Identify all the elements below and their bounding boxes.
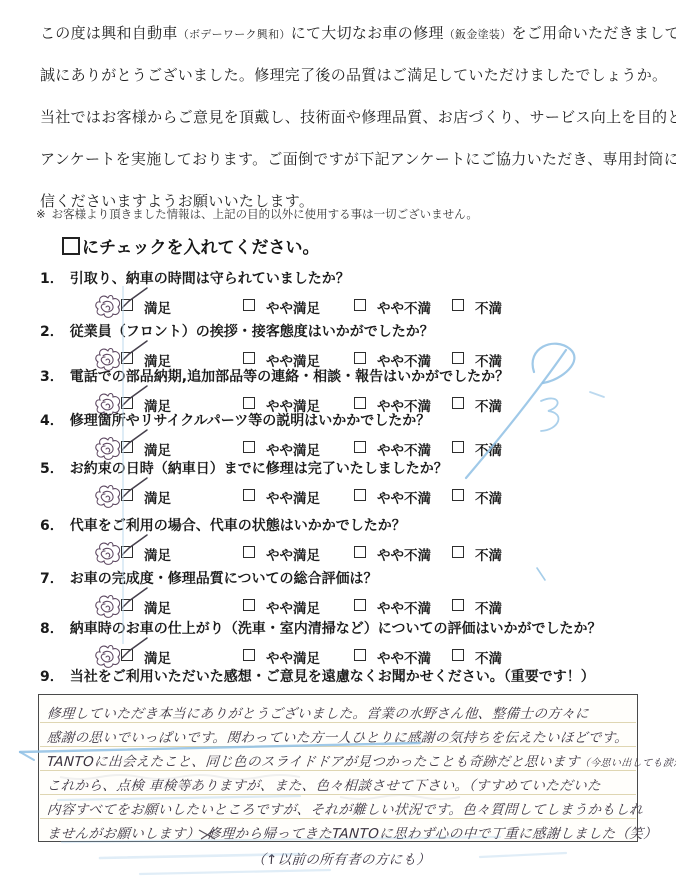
option-checkbox-4[interactable] (452, 599, 464, 611)
option-label: 不満 (475, 297, 502, 317)
question-number: 4． (40, 413, 64, 429)
option-label: やや満足 (266, 647, 320, 667)
option-checkbox-4[interactable] (452, 546, 464, 558)
survey-page: この度は興和自動車（ボデーワーク興和）にて大切なお車の修理（鈑金塗装）をご用命い… (0, 0, 676, 885)
question-9-label: 9．当社をご利用いただいた感想・ご意見を遠慮なくお聞かせください。（重要です！） (40, 666, 595, 686)
option-label: やや不満 (377, 487, 431, 507)
option-checkbox-3[interactable] (354, 397, 366, 409)
intro-line: アンケートを実施しております。ご面倒ですが下記アンケートにご協力いただき、専用封… (40, 138, 640, 180)
option-checkbox-2[interactable] (243, 546, 255, 558)
question-label: 5．お約束の日時（納車日）までに修理は完了いたしましたか？ (40, 458, 448, 478)
privacy-note-text: お客様より頂きました情報は、上記の目的以外に使用する事は一切ございません。 (52, 207, 478, 221)
option-checkbox-2[interactable] (243, 441, 255, 453)
comment-line: 感謝の思いでいっぱいです。関わっていた方一人ひとりに感謝の気持ちを伝えたいほどで… (46, 726, 629, 746)
ruled-line (40, 794, 636, 795)
question-5: 5．お約束の日時（納車日）までに修理は完了いたしましたか？満足やや満足やや不満不… (0, 458, 676, 512)
option-checkbox-4[interactable] (452, 649, 464, 661)
option-label: 満足 (144, 647, 171, 667)
option-label: やや満足 (266, 487, 320, 507)
question-4: 4．修理箇所やリサイクルパーツ等の説明はいかかでしたか？満足やや満足やや不満不満 (0, 410, 676, 464)
option-checkbox-4[interactable] (452, 489, 464, 501)
option-label: 不満 (475, 544, 502, 564)
option-label: やや不満 (377, 297, 431, 317)
privacy-note: ※お客様より頂きました情報は、上記の目的以外に使用する事は一切ございません。 (36, 206, 478, 222)
intro-line: この度は興和自動車（ボデーワーク興和）にて大切なお車の修理（鈑金塗装）をご用命い… (40, 12, 640, 54)
question-1: 1．引取り、納車の時間は守られていましたか？満足やや満足やや不満不満 (0, 268, 676, 322)
option-checkbox-3[interactable] (354, 299, 366, 311)
option-label: 満足 (144, 439, 171, 459)
option-checkbox-2[interactable] (243, 352, 255, 364)
question-label: 1．引取り、納車の時間は守られていましたか？ (40, 268, 350, 288)
option-label: やや不満 (377, 544, 431, 564)
option-checkbox-2[interactable] (243, 599, 255, 611)
option-checkbox-3[interactable] (354, 352, 366, 364)
option-label: やや満足 (266, 439, 320, 459)
option-label: やや満足 (266, 597, 320, 617)
comment-box[interactable]: 修理していただき本当にありがとうございました。営業の水野さん他、整備士の方々に感… (38, 694, 638, 842)
comment-line: これから、点検 車検等ありますが、また、色々相談させて下さい。（すすめていただい… (46, 774, 601, 794)
intro: この度は興和自動車（ボデーワーク興和）にて大切なお車の修理（鈑金塗装）をご用命い… (40, 12, 640, 222)
intro-line: 誠にありがとうございました。修理完了後の品質はご満足していただけましたでしょうか… (40, 54, 640, 96)
option-label: 満足 (144, 487, 171, 507)
option-label: やや不満 (377, 597, 431, 617)
question-label: 4．修理箇所やリサイクルパーツ等の説明はいかかでしたか？ (40, 410, 430, 430)
option-label: 満足 (144, 297, 171, 317)
option-label: やや満足 (266, 297, 320, 317)
option-label: 不満 (475, 439, 502, 459)
ruled-line (40, 746, 636, 747)
option-checkbox-4[interactable] (452, 397, 464, 409)
comment-line: ませんがお願いします） 修理から帰ってきたTANTOに思わず心の中で丁重に感謝し… (46, 822, 658, 842)
question-number: 3． (40, 369, 64, 385)
option-checkbox-2[interactable] (243, 397, 255, 409)
option-label: やや不満 (377, 439, 431, 459)
option-checkbox-3[interactable] (354, 546, 366, 558)
option-checkbox-4[interactable] (452, 441, 464, 453)
option-checkbox-2[interactable] (243, 489, 255, 501)
comment-line: TANTOに出会えたこと、同じ色のスライドドアが見つかったことも奇跡だと思います… (46, 750, 676, 770)
ruled-line (40, 770, 636, 771)
option-label: 満足 (144, 597, 171, 617)
question-number: 7． (40, 571, 64, 587)
question-options: 満足やや満足やや不満不満 (0, 485, 676, 511)
ruled-line (40, 722, 636, 723)
question-options: 満足やや満足やや不満不満 (0, 542, 676, 568)
intro-line: 当社ではお客様からご意見を頂戴し、技術面や修理品質、お店づくり、サービス向上を目… (40, 96, 640, 138)
option-label: 不満 (475, 487, 502, 507)
checkbox-glyph-icon (62, 237, 80, 255)
question-label: 6．代車をご利用の場合、代車の状態はいかかでしたか？ (40, 515, 406, 535)
question-8: 8．納車時のお車の仕上がり（洗車・室内清掃など）についての評価はいかがでしたか？… (0, 618, 676, 672)
check-instruction: にチェックを入れてください。 (62, 233, 320, 258)
option-checkbox-2[interactable] (243, 299, 255, 311)
question-number: 1． (40, 271, 64, 287)
question-options: 満足やや満足やや不満不満 (0, 295, 676, 321)
question-number: 6． (40, 518, 64, 534)
question-text: 引取り、納車の時間は守られていましたか？ (70, 271, 350, 287)
option-checkbox-3[interactable] (354, 441, 366, 453)
option-label: やや満足 (266, 544, 320, 564)
option-checkbox-3[interactable] (354, 599, 366, 611)
option-label: やや不満 (377, 647, 431, 667)
option-label: 不満 (475, 597, 502, 617)
question-number: 2． (40, 324, 64, 340)
ruled-line (40, 818, 636, 819)
check-instruction-text: にチェックを入れてください。 (82, 238, 320, 258)
question-label: 2．従業員（フロント）の挨拶・接客態度はいかがでしたか？ (40, 321, 434, 341)
comment-footnote: （↑以前の所有者の方にも） (251, 848, 431, 868)
option-label: 不満 (475, 647, 502, 667)
comment-line: 内容すべてをお願いしたいところですが、それが難しい状況です。色々質問してしまうか… (46, 798, 644, 818)
kome-mark: ※ (36, 207, 46, 221)
option-checkbox-2[interactable] (243, 649, 255, 661)
option-checkbox-4[interactable] (452, 352, 464, 364)
question-label: 7．お車の完成度・修理品質についての総合評価は？ (40, 568, 377, 588)
question-number: 8． (40, 621, 64, 637)
option-label: 満足 (144, 544, 171, 564)
question-7: 7．お車の完成度・修理品質についての総合評価は？満足やや満足やや不満不満 (0, 568, 676, 622)
question-label: 3．電話での部品納期,追加部品等の連絡・相談・報告はいかがでしたか？ (40, 366, 509, 386)
option-checkbox-3[interactable] (354, 489, 366, 501)
comment-line: 修理していただき本当にありがとうございました。営業の水野さん他、整備士の方々に (46, 702, 590, 722)
question-number: 5． (40, 461, 64, 477)
question-number: 9． (40, 669, 64, 685)
question-6: 6．代車をご利用の場合、代車の状態はいかかでしたか？満足やや満足やや不満不満 (0, 515, 676, 569)
option-checkbox-4[interactable] (452, 299, 464, 311)
option-checkbox-3[interactable] (354, 649, 366, 661)
question-text: 当社をご利用いただいた感想・ご意見を遠慮なくお聞かせください。（重要です！） (70, 669, 595, 685)
